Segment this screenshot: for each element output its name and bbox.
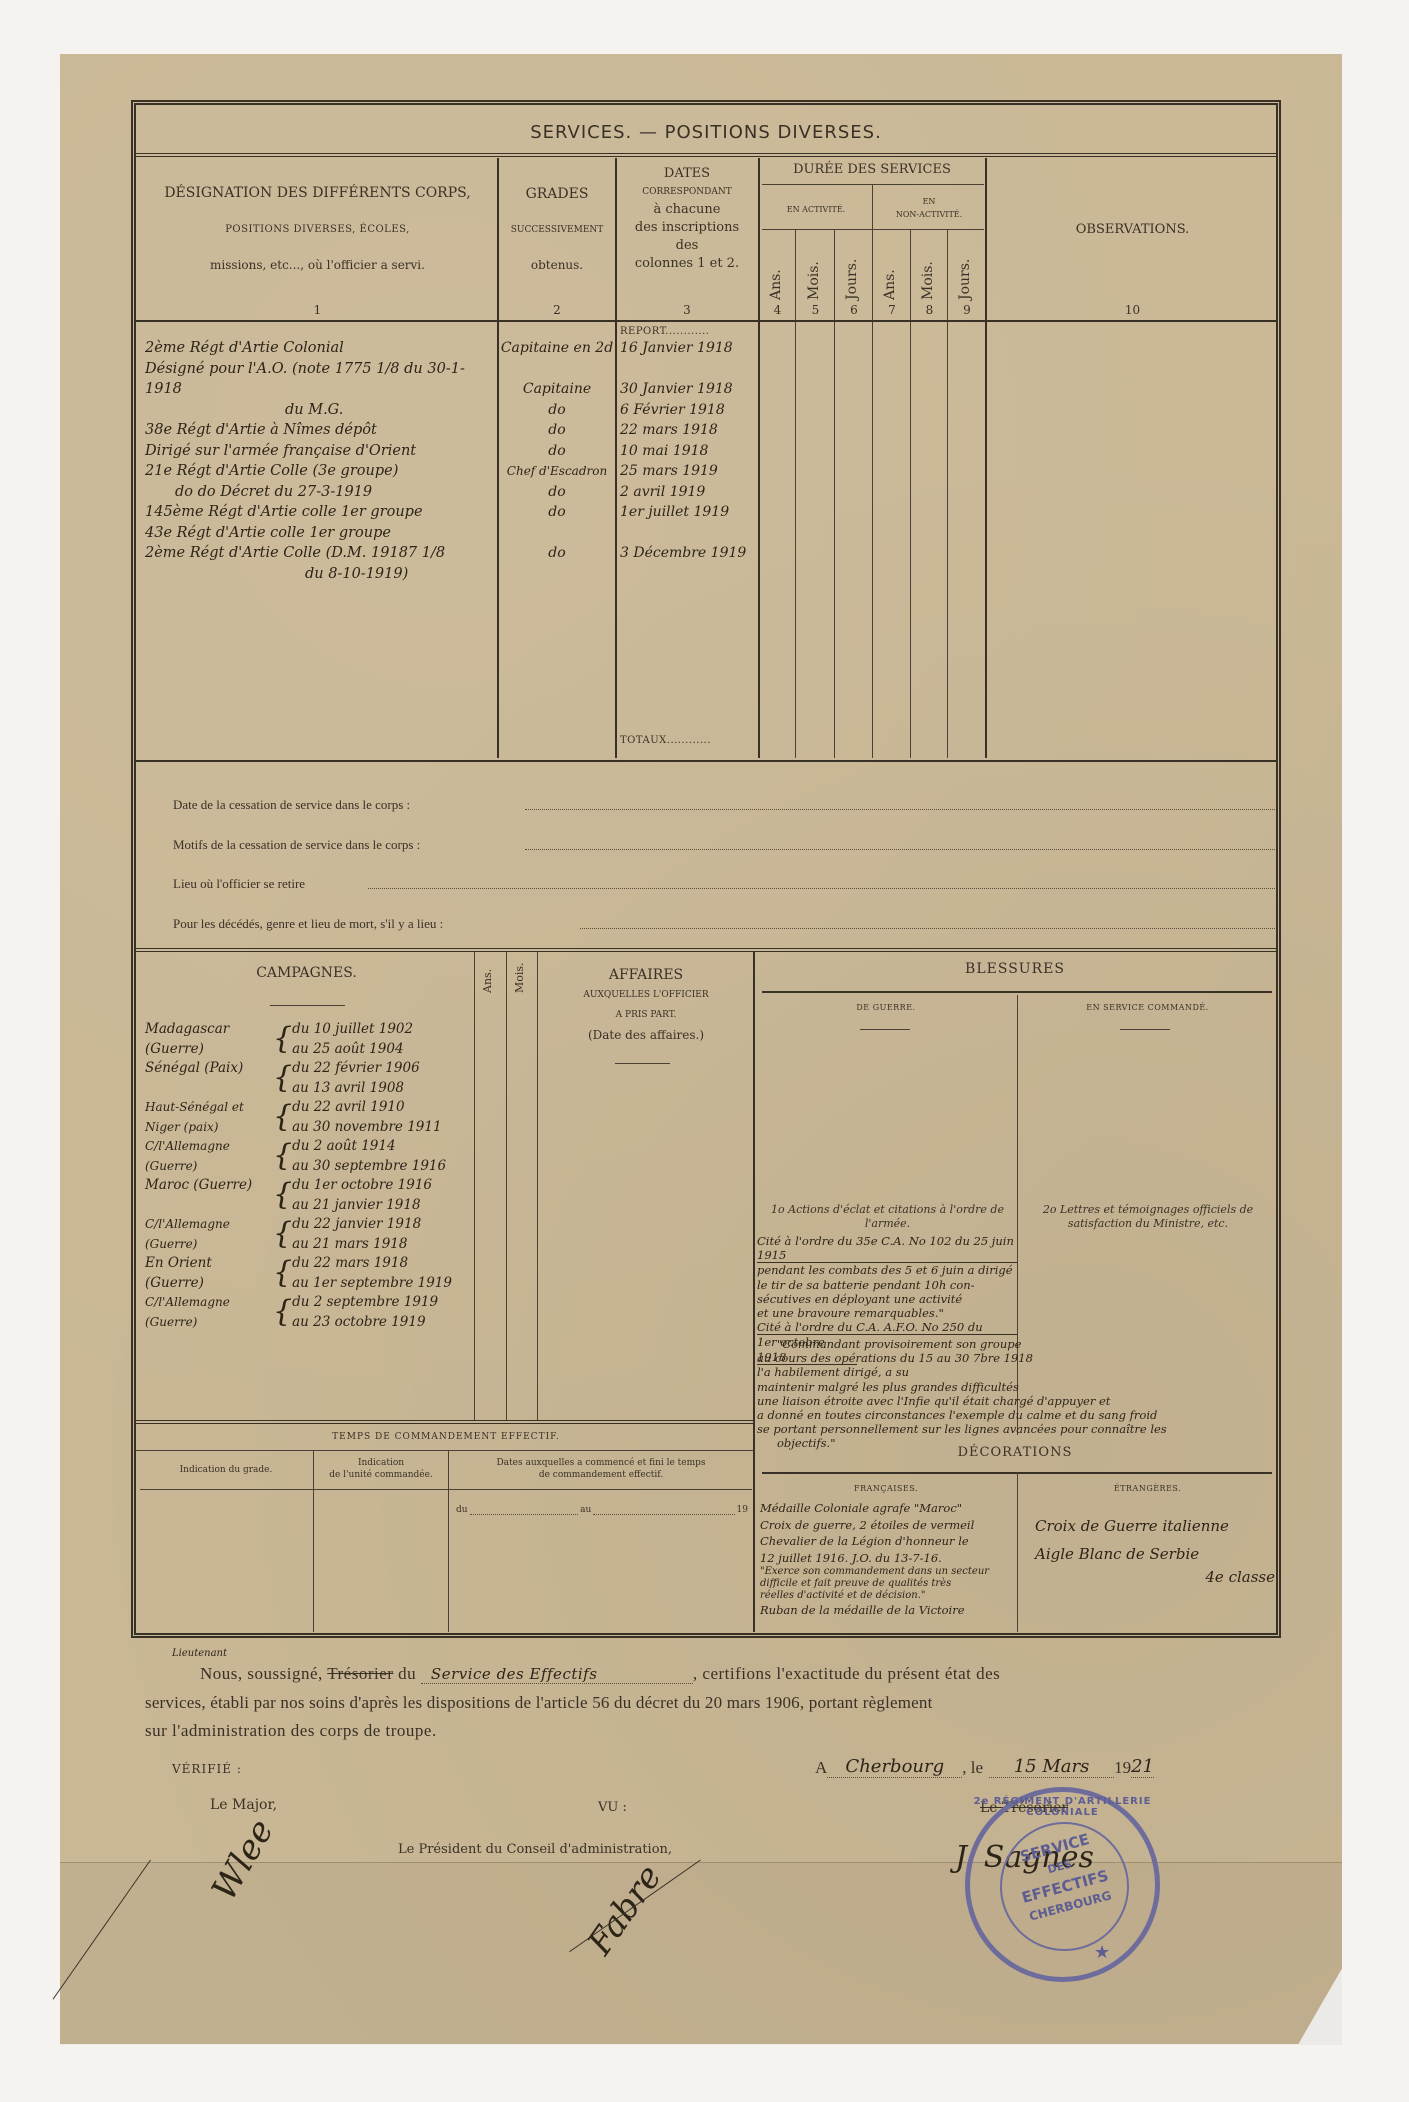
divider — [136, 153, 1276, 157]
col-divider — [910, 230, 911, 758]
header-col2-line3: obtenus. — [500, 258, 614, 272]
service-date: 22 mars 1918 — [620, 420, 758, 441]
header-non-activite-line: EN — [873, 195, 985, 208]
cessation-lieu-label: Lieu où l'officier se retire — [173, 876, 305, 891]
decoration-fr: Croix de guerre, 2 étoiles de vermeil — [760, 1517, 1018, 1534]
campagne-entry: Sénégal (Paix){du 22 février 1906au 13 a… — [145, 1059, 475, 1098]
campagne-name: C/l'Allemagne (Guerre) — [145, 1137, 273, 1176]
service-corps: 2ème Régt d'Artie Colle (D.M. 19187 1/8 — [145, 543, 495, 564]
campagne-name: C/l'Allemagne (Guerre) — [145, 1215, 273, 1254]
blessures-en-service: EN SERVICE COMMANDÉ. — [1020, 1003, 1275, 1012]
col-divider — [497, 158, 499, 758]
major-label: Le Major, — [210, 1797, 277, 1813]
decoration-fr: Médaille Coloniale agrafe "Maroc" — [760, 1500, 1018, 1517]
place-prefix: A — [815, 1758, 827, 1778]
col-divider — [985, 320, 987, 758]
header-jours: Jours. — [844, 238, 860, 300]
cert-line1-end: , certifions l'exactitude du présent éta… — [693, 1664, 1000, 1683]
service-date — [620, 359, 758, 380]
verifie-label: VÉRIFIÉ : — [172, 1762, 242, 1776]
affaires-sub1: AUXQUELLES L'OFFICIER — [540, 985, 752, 1005]
service-grade-list: Capitaine en 2d Capitaine do do do Chef … — [500, 338, 614, 564]
service-date: 10 mai 1918 — [620, 441, 758, 462]
report-label: REPORT............ — [620, 326, 709, 337]
decoration-fr: difficile et fait preuve de qualités trè… — [760, 1578, 1018, 1590]
campagne-au: au 13 avril 1908 — [292, 1079, 420, 1099]
service-date-list: 16 Janvier 1918 30 Janvier 1918 6 Févrie… — [620, 338, 758, 564]
campagne-du: du 22 avril 1910 — [292, 1098, 441, 1118]
citation-line: au cours des opérations du 15 au 30 7bre… — [757, 1351, 1277, 1365]
decorations-francaises-label: FRANÇAISES. — [756, 1484, 1016, 1493]
col-number: 5 — [797, 303, 834, 317]
campagne-entry: Maroc (Guerre){du 1er octobre 1916au 21 … — [145, 1176, 475, 1215]
header-non-activite-line: NON-ACTIVITÉ. — [873, 208, 985, 221]
campagne-name: En Orient (Guerre) — [145, 1254, 273, 1293]
decoration-fr: réelles d'activité et de décision." — [760, 1590, 1018, 1602]
citation-line: "Commandant provisoirement son groupe — [757, 1337, 1277, 1351]
campagnes-list: Madagascar (Guerre){du 10 juillet 1902au… — [145, 1020, 475, 1332]
header-col3-line: DATES — [618, 165, 756, 183]
commandement-du: du — [456, 1505, 468, 1515]
citation-line: Cité à l'ordre du C.A. A.F.O. No 250 du — [757, 1320, 1017, 1335]
campagne-name: C/l'Allemagne (Guerre) — [145, 1293, 273, 1332]
citations-heading-1: 1o Actions d'éclat et citations à l'ordr… — [760, 1203, 1015, 1231]
campagne-entry: Haut-Sénégal et Niger (paix){du 22 avril… — [145, 1098, 475, 1137]
col-divider — [753, 952, 755, 1632]
col-divider — [834, 230, 835, 758]
campagne-entry: C/l'Allemagne (Guerre){du 2 septembre 19… — [145, 1293, 475, 1332]
decorations-title: DÉCORATIONS — [756, 1445, 1274, 1460]
header-jours-non: Jours. — [957, 238, 973, 300]
header-col3: DATES CORRESPONDANT à chacune des inscri… — [618, 165, 756, 273]
service-corps: do do Décret du 27-3-1919 — [145, 482, 495, 503]
services-title: SERVICES. — POSITIONS DIVERSES. — [136, 122, 1276, 143]
col-divider — [537, 952, 538, 1420]
cessation-motifs-field[interactable] — [525, 849, 1275, 850]
header-col2-line1: GRADES — [500, 186, 614, 202]
service-corps: 43e Régt d'Artie colle 1er groupe — [145, 523, 495, 544]
blessures-de-guerre: DE GUERRE. — [756, 1003, 1016, 1012]
col-number: 6 — [836, 303, 872, 317]
col-number: 7 — [874, 303, 910, 317]
service-date: 3 Décembre 1919 — [620, 543, 758, 564]
decoration-fr: "Exerce son commandement dans un secteur — [760, 1566, 1018, 1578]
campagne-name: Haut-Sénégal et Niger (paix) — [145, 1098, 273, 1137]
campagne-name: Maroc (Guerre) — [145, 1176, 273, 1215]
citations-heading-2: 2o Lettres et témoignages officiels de s… — [1022, 1203, 1274, 1231]
commandement-au-field[interactable] — [593, 1514, 734, 1515]
cessation-deces-row: Pour les décédés, genre et lieu de mort,… — [173, 916, 1273, 932]
citations-text-2: "Commandant provisoirement son groupe au… — [757, 1337, 1277, 1451]
campagne-du: du 22 janvier 1918 — [292, 1215, 421, 1235]
col-divider — [313, 1450, 314, 1632]
service-date — [620, 523, 758, 544]
commandement-year: 19 — [737, 1505, 748, 1515]
service-grade — [500, 359, 614, 380]
service-grade: do — [500, 420, 614, 441]
service-grade: do — [500, 543, 614, 564]
header-col3-line: à chacune — [618, 201, 756, 219]
citation-line: le tir de sa batterie pendant 10h con- — [757, 1278, 1017, 1292]
campagne-du: du 22 mars 1918 — [292, 1254, 452, 1274]
campagne-du: du 2 septembre 1919 — [292, 1293, 438, 1313]
header-col3-line: des inscriptions — [618, 219, 756, 237]
divider — [140, 1489, 752, 1490]
col-divider — [947, 230, 948, 758]
col-divider — [795, 230, 796, 758]
brace-line — [762, 229, 984, 230]
cessation-deces-field[interactable] — [580, 928, 1275, 929]
commandement-col3: Dates auxquelles a commencé et fini le t… — [450, 1457, 752, 1481]
title-underline — [270, 1005, 345, 1006]
totaux-label: TOTAUX............ — [620, 735, 711, 746]
commandement-col3-line: de commandement effectif. — [450, 1469, 752, 1481]
divider — [136, 1420, 753, 1424]
date-field[interactable]: 15 Mars — [989, 1756, 1114, 1778]
stamp-outer-text: 2e RÉGIMENT D'ARTILLERIE COLONIALE — [970, 1796, 1155, 1818]
campagne-du: du 22 février 1906 — [292, 1059, 420, 1079]
certification-line2: services, établi par nos soins d'après l… — [145, 1693, 1295, 1713]
campagne-entry: C/l'Allemagne (Guerre){du 2 août 1914au … — [145, 1137, 475, 1176]
header-col3-line: colonnes 1 et 2. — [618, 255, 756, 273]
affaires-header: AFFAIRES AUXQUELLES L'OFFICIER A PRIS PA… — [540, 965, 752, 1045]
citation-line: et une bravoure remarquables." — [757, 1306, 1017, 1320]
title-underline — [860, 1029, 910, 1030]
header-ans-non: Ans. — [882, 245, 898, 300]
cessation-deces-label: Pour les décédés, genre et lieu de mort,… — [173, 916, 443, 931]
header-ans: Ans. — [768, 245, 784, 300]
header-mois: Mois. — [806, 240, 822, 300]
commandement-col2: Indication de l'unité commandée. — [315, 1457, 447, 1481]
blessures-title: BLESSURES — [756, 961, 1274, 977]
divider — [136, 320, 1276, 322]
commandement-col1: Indication du grade. — [140, 1465, 312, 1475]
header-observations: OBSERVATIONS. — [990, 222, 1275, 237]
service-date: 1er juillet 1919 — [620, 502, 758, 523]
campagne-du: du 2 août 1914 — [292, 1137, 446, 1157]
commandement-du-field[interactable] — [470, 1514, 579, 1515]
commandement-col2-line: de l'unité commandée. — [315, 1469, 447, 1481]
service-grade: do — [500, 482, 614, 503]
title-underline — [1120, 1029, 1170, 1030]
year-prefix: 19 — [1114, 1758, 1131, 1778]
brace-line — [762, 991, 1272, 993]
campagne-au: au 1er septembre 1919 — [292, 1274, 452, 1294]
col-number: 9 — [949, 303, 985, 317]
vu-label: VU : — [598, 1800, 627, 1815]
title-underline — [615, 1063, 670, 1064]
service-corps: du 8-10-1919) — [145, 564, 495, 585]
decoration-etr: Aigle Blanc de Serbie — [1035, 1540, 1275, 1568]
president-label: Le Président du Conseil d'administration… — [398, 1842, 672, 1857]
service-grade: do — [500, 502, 614, 523]
lieutenant-text: Lieutenant — [172, 1648, 227, 1659]
col-number: 8 — [912, 303, 947, 317]
campagne-du: du 10 juillet 1902 — [292, 1020, 413, 1040]
campagne-du: du 1er octobre 1916 — [292, 1176, 432, 1196]
brace-line — [762, 184, 984, 185]
col-number: 2 — [500, 303, 614, 317]
col-divider — [758, 158, 760, 758]
place-field[interactable]: Cherbourg — [827, 1756, 962, 1778]
service-grade — [500, 523, 614, 544]
service-grade: Capitaine en 2d — [500, 338, 614, 359]
header-col3-line: CORRESPONDANT — [618, 183, 756, 201]
campagne-au: au 23 octobre 1919 — [292, 1313, 438, 1333]
header-duree: DURÉE DES SERVICES — [760, 162, 984, 177]
campagnes-mois: Mois. — [513, 953, 526, 993]
header-mois-non: Mois. — [920, 240, 936, 300]
service-date: 6 Février 1918 — [620, 400, 758, 421]
service-corps: 21e Régt d'Artie Colle (3e groupe) — [145, 461, 495, 482]
cert-tresorier-struck: Trésorier — [327, 1664, 393, 1683]
decoration-etr: 4e classe — [1035, 1568, 1275, 1586]
cessation-motifs-row: Motifs de la cessation de service dans l… — [173, 837, 1273, 853]
decorations-etrangeres: Croix de Guerre italienne Aigle Blanc de… — [1035, 1512, 1275, 1586]
service-grade: do — [500, 400, 614, 421]
citation-line: l'a habilement dirigé, a su — [757, 1365, 1277, 1379]
service-grade: Capitaine — [500, 379, 614, 400]
citation-line: Cité à l'ordre du 35e C.A. No 102 du 25 … — [757, 1234, 1017, 1263]
cessation-date-label: Date de la cessation de service dans le … — [173, 797, 410, 812]
service-corps: 145ème Régt d'Artie colle 1er groupe — [145, 502, 495, 523]
place-date-line: A Cherbourg , le 15 Mars 19 21 — [815, 1756, 1154, 1778]
decoration-etr: Croix de Guerre italienne — [1035, 1512, 1275, 1540]
service-corps: 2ème Régt d'Artie Colonial — [145, 338, 495, 359]
commandement-dates-row: du au 19 — [456, 1505, 748, 1515]
cert-service-field[interactable]: Service des Effectifs — [421, 1665, 693, 1684]
campagne-name: Sénégal (Paix) — [145, 1059, 273, 1098]
campagne-au: au 21 janvier 1918 — [292, 1196, 432, 1216]
col-number: 10 — [990, 303, 1275, 317]
campagnes-title: CAMPAGNES. — [140, 965, 473, 981]
service-corps: Dirigé sur l'armée française d'Orient — [145, 441, 495, 462]
affaires-sub3: (Date des affaires.) — [540, 1025, 752, 1045]
header-col3-line: des — [618, 237, 756, 255]
campagne-au: au 30 novembre 1911 — [292, 1118, 441, 1138]
decoration-fr: Chevalier de la Légion d'honneur le — [760, 1533, 1018, 1550]
col-divider — [615, 158, 617, 758]
campagne-name: Madagascar (Guerre) — [145, 1020, 273, 1059]
campagne-au: au 21 mars 1918 — [292, 1235, 421, 1255]
campagnes-ans: Ans. — [481, 955, 494, 993]
service-date: 25 mars 1919 — [620, 461, 758, 482]
campagne-au: au 25 août 1904 — [292, 1040, 413, 1060]
star-icon: ★ — [1094, 1942, 1110, 1963]
cessation-lieu-field[interactable] — [368, 888, 1275, 889]
header-en-activite: EN ACTIVITÉ. — [760, 205, 872, 214]
citation-line: pendant les combats des 5 et 6 juin a di… — [757, 1263, 1017, 1277]
decoration-fr: Ruban de la médaille de la Victoire — [760, 1602, 1018, 1619]
commandement-au: au — [580, 1505, 591, 1515]
divider — [136, 1450, 753, 1451]
decoration-fr: 12 juillet 1916. J.O. du 13-7-16. — [760, 1550, 1018, 1567]
header-non-activite: EN NON-ACTIVITÉ. — [873, 195, 985, 221]
affaires-sub2: A PRIS PART. — [540, 1005, 752, 1025]
cessation-motifs-label: Motifs de la cessation de service dans l… — [173, 837, 420, 852]
service-grade: Chef d'Escadron — [500, 461, 614, 482]
col-number: 3 — [618, 303, 756, 317]
campagne-entry: C/l'Allemagne (Guerre){du 22 janvier 191… — [145, 1215, 475, 1254]
citation-line: une liaison étroite avec l'Infie qu'il é… — [757, 1394, 1277, 1408]
col-divider — [985, 158, 987, 320]
service-date: 30 Janvier 1918 — [620, 379, 758, 400]
campagne-entry: En Orient (Guerre){du 22 mars 1918au 1er… — [145, 1254, 475, 1293]
service-corps-list: 2ème Régt d'Artie Colonial Désigné pour … — [145, 338, 495, 584]
citation-line: maintenir malgré les plus grandes diffic… — [757, 1380, 1277, 1394]
citation-line: se portant personnellement sur les ligne… — [757, 1422, 1277, 1436]
certification-line3: sur l'administration des corps de troupe… — [145, 1721, 1295, 1741]
header-col1-line2: POSITIONS DIVERSES, ÉCOLES, — [140, 224, 495, 235]
cessation-date-row: Date de la cessation de service dans le … — [173, 797, 1273, 813]
col-divider — [872, 185, 873, 758]
certification-line1: Nous, soussigné, Trésorier du Service de… — [200, 1664, 1300, 1684]
col-divider — [448, 1450, 449, 1632]
header-col1-line1: DÉSIGNATION DES DIFFÉRENTS CORPS, — [140, 185, 495, 201]
service-corps: du M.G. — [145, 400, 495, 421]
divider — [136, 760, 1276, 762]
campagne-entry: Madagascar (Guerre){du 10 juillet 1902au… — [145, 1020, 475, 1059]
regiment-stamp: 2e RÉGIMENT D'ARTILLERIE COLONIALE SERVI… — [965, 1787, 1160, 1982]
cert-nous: Nous, soussigné, — [200, 1664, 323, 1683]
year-field[interactable]: 21 — [1131, 1756, 1154, 1778]
date-prefix: , le — [962, 1758, 983, 1778]
header-col2-line2: SUCCESSIVEMENT — [500, 225, 614, 235]
cessation-date-field[interactable] — [525, 809, 1275, 810]
campagne-au: au 30 septembre 1916 — [292, 1157, 446, 1177]
col-number: 1 — [140, 303, 495, 317]
citation-line: sécutives en déployant une activité — [757, 1292, 1017, 1306]
service-date: 16 Janvier 1918 — [620, 338, 758, 359]
divider — [136, 948, 1276, 952]
affaires-title: AFFAIRES — [540, 965, 752, 985]
col-number: 4 — [760, 303, 795, 317]
decorations-etrangeres-label: ÉTRANGÈRES. — [1020, 1484, 1275, 1493]
commandement-title: TEMPS DE COMMANDEMENT EFFECTIF. — [140, 1432, 752, 1442]
header-col1-line3: missions, etc..., où l'officier a servi. — [140, 258, 495, 272]
lieutenant-insert: Lieutenant — [172, 1648, 227, 1659]
service-corps: Désigné pour l'A.O. (note 1775 1/8 du 30… — [145, 359, 495, 400]
citation-line: a donné en toutes circonstances l'exempl… — [757, 1408, 1277, 1422]
col-divider — [506, 952, 507, 1420]
commandement-col3-line: Dates auxquelles a commencé et fini le t… — [450, 1457, 752, 1469]
service-date: 2 avril 1919 — [620, 482, 758, 503]
service-corps: 38e Régt d'Artie à Nîmes dépôt — [145, 420, 495, 441]
cert-du: du — [398, 1664, 416, 1683]
cessation-lieu-row: Lieu où l'officier se retire — [173, 876, 1273, 892]
decorations-francaises: Médaille Coloniale agrafe "Maroc" Croix … — [760, 1500, 1018, 1619]
service-grade: do — [500, 441, 614, 462]
commandement-col2-line: Indication — [315, 1457, 447, 1469]
